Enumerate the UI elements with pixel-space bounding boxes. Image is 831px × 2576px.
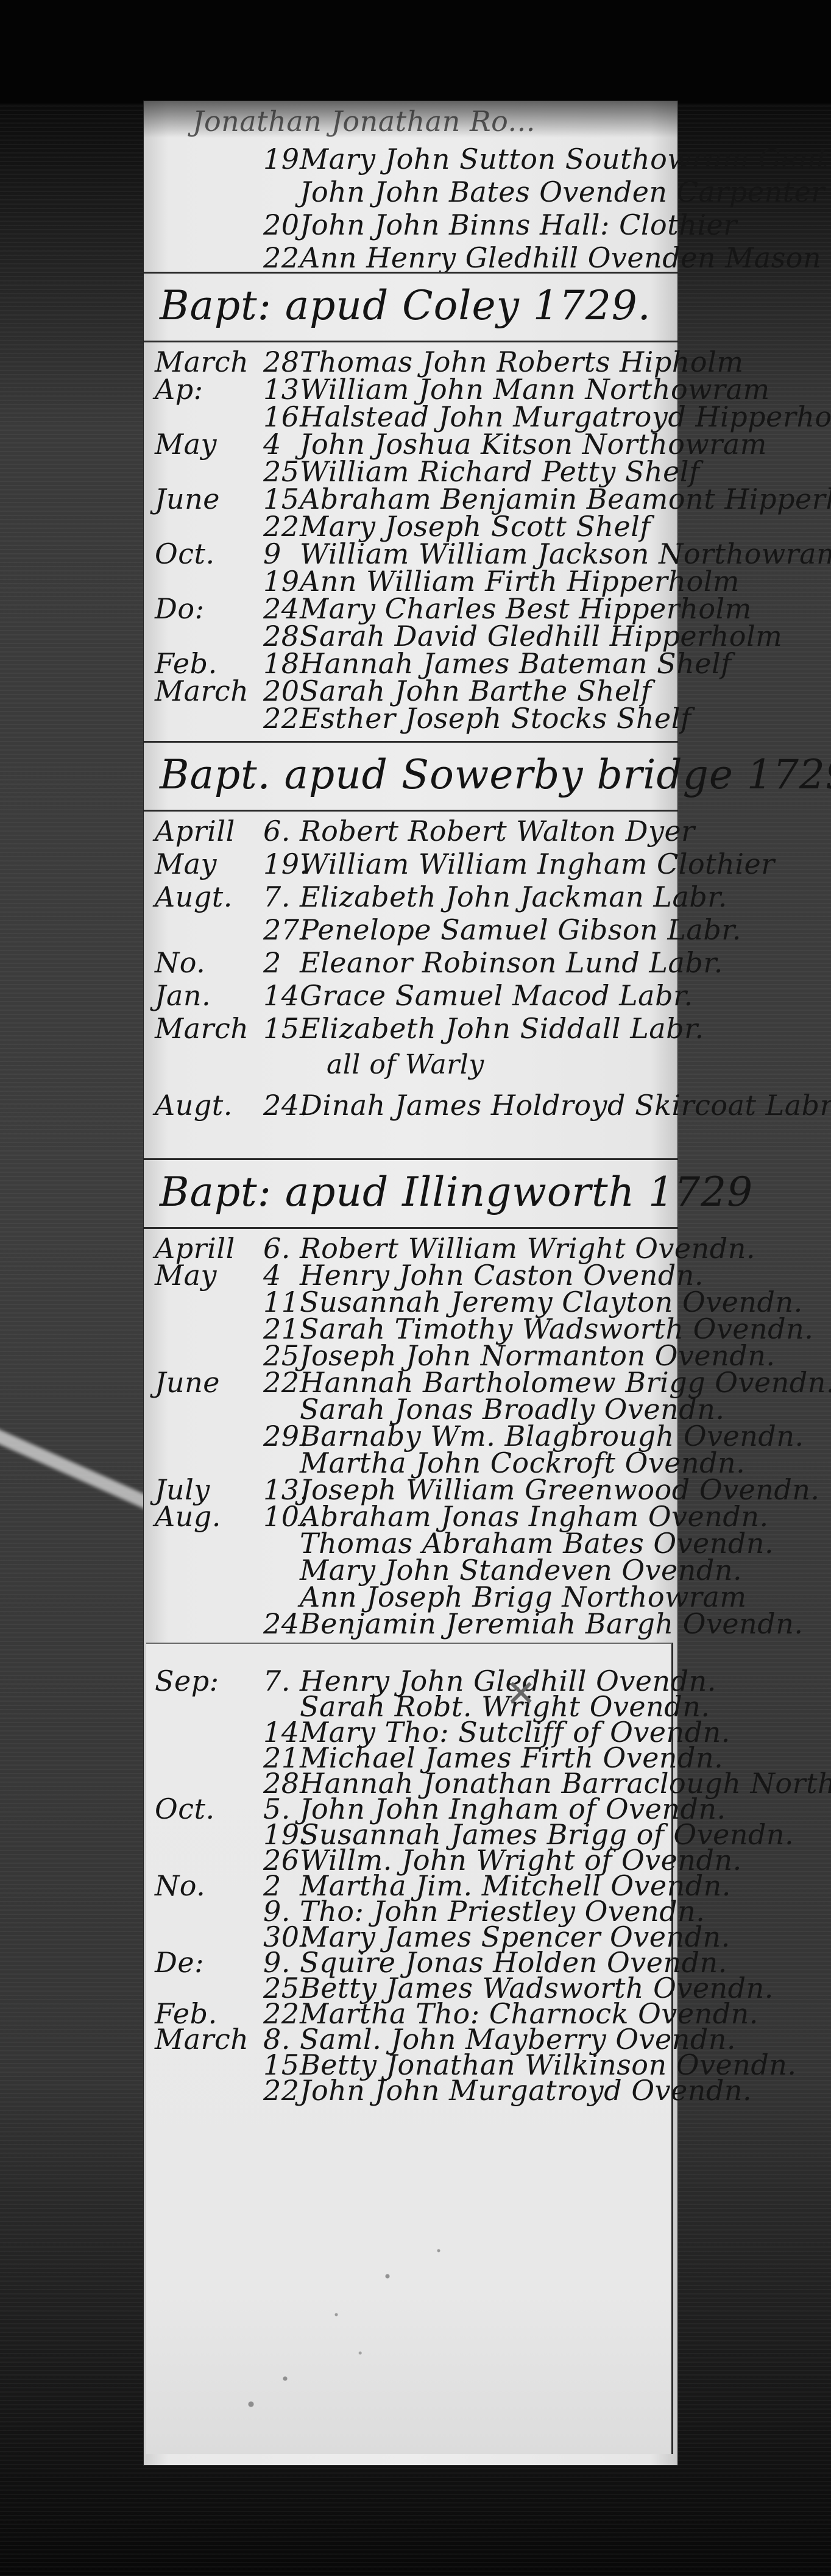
entry-day: 13 (263, 375, 300, 403)
entry-month: Augt. (144, 1091, 263, 1119)
entry-month: June (144, 1368, 263, 1396)
entry-surname: Ingham (537, 847, 648, 880)
register-entry: 27.Penelope Samuel Gibson Labr. (144, 916, 677, 944)
entry-day: 19 (263, 567, 300, 595)
register-entry: March28Thomas John Roberts Hipholm (144, 348, 677, 376)
entry-surname: Stocks (511, 702, 607, 735)
entry-place: Labr. (630, 1012, 704, 1045)
entry-day: 4 (263, 430, 300, 458)
register-entry: 22Ann Henry Gledhill Ovenden Mason (144, 244, 677, 272)
register-entry: 20John John Binns Hall: Clothier (144, 211, 677, 239)
entry-father-name: Samuel (440, 913, 548, 946)
entry-day: 6. (263, 817, 300, 845)
register-entry: 19Mary John Sutton Southowram Gent. (144, 145, 677, 173)
entry-month: May (144, 850, 263, 878)
entry-month: Jan. (144, 982, 263, 1010)
register-entry: Feb.18Hannah James Bateman Shelf (144, 649, 677, 678)
entry-child-name: Robert (300, 815, 398, 847)
entry-month: Feb. (144, 649, 263, 678)
section-title: Bapt: apud Coley 1729. (160, 282, 651, 329)
register-entry: 22Esther Joseph Stocks Shelf (144, 704, 677, 732)
entry-occupation: Clothier (619, 208, 737, 241)
entry-day: 19 (263, 145, 300, 173)
entry-father-name: Joseph (405, 702, 502, 735)
entry-day: 16 (263, 403, 300, 431)
section-title: Bapt: apud Illingworth 1729 (160, 1169, 753, 1215)
entry-month: De: (144, 1948, 263, 1976)
ink-speckles (183, 2174, 524, 2430)
entry-father-name: Robinson (422, 946, 557, 979)
entry-surname: Macod (512, 979, 610, 1012)
entry-father-name: John (385, 143, 450, 175)
entry-day: 22 (263, 1368, 300, 1396)
entry-child-name: Grace (300, 979, 386, 1012)
register-entry: 24Benjamin Jeremiah Bargh Ovendn. (144, 1610, 677, 1638)
entry-month: June (144, 485, 263, 513)
entry-day: 28 (263, 622, 300, 650)
entry-father-name: Robert (408, 815, 507, 847)
entry-month: Aug. (144, 1502, 263, 1530)
entry-month: Augt. (144, 883, 263, 911)
section-header-sowerby-bridge: Bapt. apud Sowerby bridge 1729 (144, 741, 677, 812)
entry-surname: Gibson (557, 913, 658, 946)
entry-occupation: Mason (725, 241, 821, 274)
entry-surname: Holdroyd (491, 1089, 626, 1122)
entry-day: 22 (263, 704, 300, 732)
entry-month: Oct. (144, 540, 263, 568)
register-entry: 22Mary Joseph Scott Shelf (144, 512, 677, 540)
entry-place: Ovendn. (683, 1607, 804, 1640)
entry-day: 15 (263, 485, 300, 513)
entry-month: Do: (144, 595, 263, 623)
entry-month: March (144, 348, 263, 376)
entry-day: 28 (263, 348, 300, 376)
entry-surname: Siddall (520, 1012, 621, 1045)
entry-place: Shelf (657, 647, 732, 680)
register-entry: Aprill6.Robert Robert Walton Dyer (144, 817, 677, 845)
entry-month: No. (144, 949, 263, 977)
entry-day: 14 (263, 982, 300, 1010)
entry-place: Ovendn. (715, 1366, 831, 1399)
entry-day: 18 (263, 649, 300, 678)
entry-child-name: Dinah (300, 1089, 386, 1122)
entry-surname: Jackman (520, 880, 645, 913)
register-entry: March20Sarah John Barthe Shelf (144, 677, 677, 705)
entry-surname: Walton (516, 815, 616, 847)
entry-child-name: John (300, 175, 365, 208)
entry-father-name: John (445, 880, 511, 913)
entry-place: Clothier (657, 847, 775, 880)
entry-place: Dyer (626, 815, 695, 847)
entry-day: 24. (263, 1091, 300, 1119)
section-title: Bapt. apud Sowerby bridge 1729 (160, 751, 831, 798)
entry-day: 27. (263, 916, 300, 944)
entry-child-name: Esther (300, 702, 396, 735)
entry-month: May (144, 1261, 263, 1289)
entry-place: Labr. (667, 913, 741, 946)
register-page: Jonathan Jonathan Ro... 19Mary John Sutt… (144, 101, 677, 2465)
entry-month: Aprill (144, 817, 263, 845)
entry-month: March (144, 1014, 263, 1042)
entry-child-name: William (300, 847, 409, 880)
entry-child-name: John (300, 208, 365, 241)
entry-father-name: John (375, 208, 440, 241)
entry-day: 22 (263, 512, 300, 540)
entry-father-name: William (419, 847, 528, 880)
entry-month: Sep: (144, 1667, 263, 1695)
entry-father-name: John (375, 175, 440, 208)
register-entry: June15Abraham Benjamin Beamont Hipperhol… (144, 485, 677, 513)
entry-father-name: Jeremiah (445, 1607, 576, 1640)
entry-place: Skircoat (635, 1089, 756, 1122)
entry-surname: Bates (449, 175, 530, 208)
entry-day: 7. (263, 1667, 300, 1695)
register-entry: Oct.9William William Jackson Northowram (144, 540, 677, 568)
entry-place: Southowram (565, 143, 749, 175)
entry-place: Ovenden (588, 241, 716, 274)
entry-child-name: Eleanor (300, 946, 413, 979)
entry-child-name: Elizabeth (300, 1012, 436, 1045)
entry-surname: Sutton (459, 143, 556, 175)
entry-surname: Murgatroyd (449, 2074, 622, 2107)
entry-place: Labr. (649, 946, 723, 979)
entry-day: 19. (263, 850, 300, 878)
register-entry: May19.William William Ingham Clothier (144, 850, 677, 878)
entry-child-name: Ann (300, 241, 357, 274)
entry-child-name: Benjamin (300, 1607, 436, 1640)
entry-occupation: Gent. (759, 143, 831, 175)
register-entry: 22John John Murgatroyd Ovendn. (144, 2076, 677, 2104)
entry-day: 29. (263, 1422, 300, 1450)
entry-surname: Gledhill (465, 241, 579, 274)
entry-surname: Binns (449, 208, 531, 241)
entry-father-name: Samuel (395, 979, 503, 1012)
entry-father-name: John (445, 1012, 511, 1045)
entry-month: Oct. (144, 1795, 263, 1823)
register-entry: Augt.7.Elizabeth John Jackman Labr. (144, 883, 677, 911)
register-entry: John John Bates Ovenden Carpenter (144, 178, 677, 206)
entry-surname: Lund (566, 946, 640, 979)
register-entry: Do:24Mary Charles Best Hipperholm (144, 595, 677, 623)
entry-day: 15 (263, 1014, 300, 1042)
entry-place: Labr. (619, 979, 693, 1012)
entry-child-name: Mary (300, 143, 376, 175)
section-header-coley: Bapt: apud Coley 1729. (144, 272, 677, 342)
register-entry: 19Ann William Firth Hipperholm (144, 567, 677, 595)
entry-day: 24 (263, 1610, 300, 1638)
register-entry: Ap:13William John Mann Northowram (144, 375, 677, 403)
entry-day: 2 (263, 949, 300, 977)
entry-month: March (144, 2025, 263, 2053)
entry-surname: Bargh (585, 1607, 674, 1640)
section-header-illingworth: Bapt: apud Illingworth 1729 (144, 1158, 677, 1229)
register-entry: 25William Richard Petty Shelf (144, 458, 677, 486)
entry-day: 10. (263, 1502, 300, 1530)
entry-day: 20 (263, 211, 300, 239)
entry-day: 7. (263, 883, 300, 911)
register-entry: No.2Eleanor Robinson Lund Labr. (144, 949, 677, 977)
register-entry: Jan.14Grace Samuel Macod Labr. (144, 982, 677, 1010)
register-entry: Augt.24.Dinah James Holdroyd Skircoat La… (144, 1091, 677, 1119)
entry-month: No. (144, 1872, 263, 1900)
note-all-of-warly: all of Warly (144, 1052, 677, 1078)
register-entry: March15Elizabeth John Siddall Labr. (144, 1014, 677, 1042)
entry-month: March (144, 677, 263, 705)
entry-day: 25 (263, 458, 300, 486)
entry-day: 20 (263, 677, 300, 705)
register-entry: May4John Joshua Kitson Northowram (144, 430, 677, 458)
entry-place: Labr. (653, 880, 727, 913)
register-entry: 16Halstead John Murgatroyd Hipperholm (144, 403, 677, 431)
entry-month: May (144, 430, 263, 458)
entry-occupation: Carpenter (677, 175, 825, 208)
entry-day: 22 (263, 244, 300, 272)
dark-top-band (0, 0, 831, 104)
entry-day: 9 (263, 540, 300, 568)
entry-child-name: John (300, 2074, 365, 2107)
entry-child-name: Elizabeth (300, 880, 436, 913)
entry-father-name: Henry (366, 241, 456, 274)
entry-place: Northowram (751, 1767, 831, 1800)
entry-day: 24 (263, 595, 300, 623)
entry-day: 22 (263, 2076, 300, 2104)
entry-place: Ovendn. (631, 2074, 752, 2107)
partial-line: Jonathan Jonathan Ro... (144, 107, 677, 135)
entry-occupation: Labr. (766, 1089, 831, 1122)
entry-child-name: Penelope (300, 913, 431, 946)
entry-father-name: James (395, 1089, 482, 1122)
entry-place: Hipperholm (724, 483, 831, 515)
entry-place: Hall: (540, 208, 610, 241)
entry-place: Ovenden (539, 175, 667, 208)
entry-month: Ap: (144, 375, 263, 403)
entry-place: Shelf (617, 702, 691, 735)
entry-father-name: John (375, 2074, 440, 2107)
register-entry: 28Sarah David Gledhill Hipperholm (144, 622, 677, 650)
cross-mark-icon: ✕ (506, 1672, 536, 1715)
